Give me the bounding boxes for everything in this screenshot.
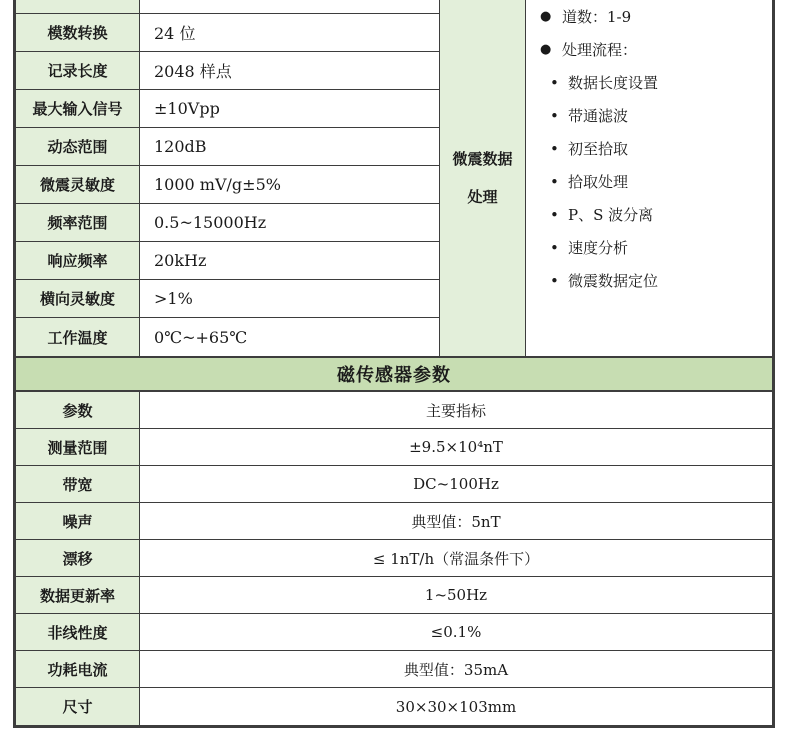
row-value: 20kHz [140, 242, 439, 279]
list-item-text: 初至拾取 [568, 138, 628, 159]
row-value: ±9.5×10⁴nT [140, 429, 772, 465]
bullet-icon: • [550, 239, 568, 257]
table-row: 带宽 DC~100Hz [16, 466, 772, 503]
list-item: • 初至拾取 [540, 132, 768, 165]
processing-title-line: 处理 [467, 178, 497, 216]
row-label: 参数 [16, 392, 140, 428]
list-item-text: 道数：1-9 [562, 6, 631, 27]
processing-section: 微震数据 处理 ● 道数：1-9 ● 处理流程： • 数据长度设置 • [440, 0, 772, 356]
row-value: ≤0.1% [140, 614, 772, 650]
list-item-text: 速度分析 [568, 237, 628, 258]
table-row-clipped [16, 0, 439, 14]
list-item: • 微震数据定位 [540, 264, 768, 297]
table-row: 参数 主要指标 [16, 392, 772, 429]
row-label: 测量范围 [16, 429, 140, 465]
table-row: 非线性度 ≤0.1% [16, 614, 772, 651]
row-value: 0.5~15000Hz [140, 204, 439, 241]
table-row: 漂移 ≤ 1nT/h（常温条件下） [16, 540, 772, 577]
spec-sheet-table: 模数转换 24 位 记录长度 2048 样点 最大输入信号 ±10Vpp 动态范… [13, 0, 775, 728]
table-row: 模数转换 24 位 [16, 14, 439, 52]
list-item-text: 拾取处理 [568, 171, 628, 192]
list-item-text: P、S 波分离 [568, 204, 653, 225]
table-row: 工作温度 0℃~+65℃ [16, 318, 439, 356]
list-item: ● 处理流程： [540, 33, 768, 66]
table-row: 噪声 典型值：5nT [16, 503, 772, 540]
row-label: 带宽 [16, 466, 140, 502]
row-value: 2048 样点 [140, 52, 439, 89]
table-row: 数据更新率 1~50Hz [16, 577, 772, 614]
row-label: 数据更新率 [16, 577, 140, 613]
row-label: 工作温度 [16, 318, 140, 356]
row-label: 功耗电流 [16, 651, 140, 687]
row-label: 记录长度 [16, 52, 140, 89]
row-label: 漂移 [16, 540, 140, 576]
row-label: 尺寸 [16, 688, 140, 725]
row-value [140, 0, 439, 13]
bullet-icon: ● [540, 42, 562, 57]
row-label [16, 0, 140, 13]
bullet-icon: • [550, 173, 568, 191]
list-item: • 数据长度设置 [540, 66, 768, 99]
row-value: DC~100Hz [140, 466, 772, 502]
row-label: 噪声 [16, 503, 140, 539]
table-row: 记录长度 2048 样点 [16, 52, 439, 90]
list-item: • 拾取处理 [540, 165, 768, 198]
acquisition-spec-table: 模数转换 24 位 记录长度 2048 样点 最大输入信号 ±10Vpp 动态范… [16, 0, 440, 356]
table-row: 响应频率 20kHz [16, 242, 439, 280]
row-label: 模数转换 [16, 14, 140, 51]
table-row: 动态范围 120dB [16, 128, 439, 166]
list-item: • 速度分析 [540, 231, 768, 264]
bullet-icon: ● [540, 9, 562, 24]
row-value: >1% [140, 280, 439, 317]
list-item-text: 带通滤波 [568, 105, 628, 126]
row-label: 最大输入信号 [16, 90, 140, 127]
table-row: 测量范围 ±9.5×10⁴nT [16, 429, 772, 466]
mag-sensor-table: 参数 主要指标 测量范围 ±9.5×10⁴nT 带宽 DC~100Hz 噪声 典… [16, 392, 772, 725]
bullet-icon: • [550, 206, 568, 224]
processing-title-cell: 微震数据 处理 [440, 0, 526, 356]
row-value: 典型值：35mA [140, 651, 772, 687]
processing-list: ● 道数：1-9 ● 处理流程： • 数据长度设置 • 带通滤波 • 初至拾 [526, 0, 772, 356]
section-header-mag-sensor: 磁传感器参数 [16, 356, 772, 392]
table-row: 横向灵敏度 >1% [16, 280, 439, 318]
processing-title-line: 微震数据 [452, 140, 512, 178]
row-value: 24 位 [140, 14, 439, 51]
list-item: ● 道数：1-9 [540, 0, 768, 33]
row-label: 非线性度 [16, 614, 140, 650]
row-label: 频率范围 [16, 204, 140, 241]
acquisition-spec-section: 模数转换 24 位 记录长度 2048 样点 最大输入信号 ±10Vpp 动态范… [16, 0, 772, 356]
row-value: 典型值：5nT [140, 503, 772, 539]
row-value: 120dB [140, 128, 439, 165]
table-row: 尺寸 30×30×103mm [16, 688, 772, 725]
row-value: 主要指标 [140, 392, 772, 428]
row-value: 30×30×103mm [140, 688, 772, 725]
table-row: 微震灵敏度 1000 mV/g±5% [16, 166, 439, 204]
row-value: 1000 mV/g±5% [140, 166, 439, 203]
row-label: 动态范围 [16, 128, 140, 165]
row-label: 横向灵敏度 [16, 280, 140, 317]
bullet-icon: • [550, 74, 568, 92]
row-label: 微震灵敏度 [16, 166, 140, 203]
list-item-text: 微震数据定位 [568, 270, 658, 291]
bullet-icon: • [550, 107, 568, 125]
table-row: 频率范围 0.5~15000Hz [16, 204, 439, 242]
row-label: 响应频率 [16, 242, 140, 279]
row-value: ±10Vpp [140, 90, 439, 127]
row-value: 0℃~+65℃ [140, 318, 439, 356]
bullet-icon: • [550, 272, 568, 290]
list-item-text: 数据长度设置 [568, 72, 658, 93]
row-value: 1~50Hz [140, 577, 772, 613]
row-value: ≤ 1nT/h（常温条件下） [140, 540, 772, 576]
list-item: • 带通滤波 [540, 99, 768, 132]
list-item-text: 处理流程： [562, 39, 637, 60]
bullet-icon: • [550, 140, 568, 158]
list-item: • P、S 波分离 [540, 198, 768, 231]
table-row: 最大输入信号 ±10Vpp [16, 90, 439, 128]
table-row: 功耗电流 典型值：35mA [16, 651, 772, 688]
